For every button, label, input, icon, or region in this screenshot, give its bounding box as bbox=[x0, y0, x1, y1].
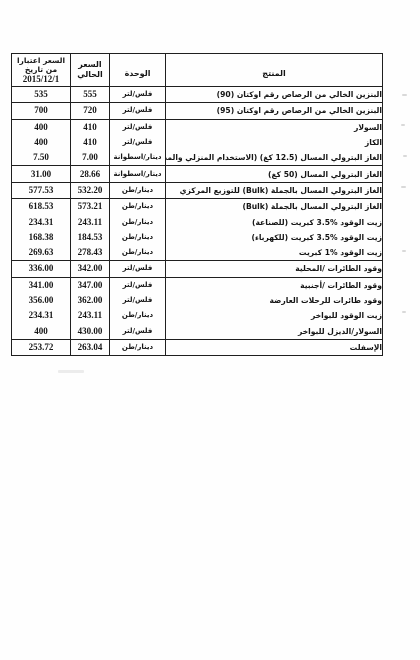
unit-cell: دينار/طن bbox=[110, 214, 166, 229]
unit-cell: فلس/لتر bbox=[110, 135, 166, 150]
table-row: الغاز البترولي المسال (50 كغ)دينار/اسطوا… bbox=[12, 166, 383, 182]
header-effective-line1: السعر اعتبارا bbox=[12, 56, 70, 65]
unit-cell: دينار/طن bbox=[110, 199, 166, 215]
effective-cell: 234.31 bbox=[12, 308, 71, 323]
header-current-line1: السعر bbox=[71, 60, 109, 70]
current-cell: 347.00 bbox=[71, 277, 110, 293]
current-cell: 573.21 bbox=[71, 199, 110, 215]
header-effective-date: 2015/12/1 bbox=[12, 74, 70, 84]
table-row: وقود طائرات للرحلات العارضةفلس/لتر362.00… bbox=[12, 293, 383, 308]
scan-artifact bbox=[401, 124, 405, 126]
scan-artifact bbox=[58, 370, 84, 373]
current-cell: 532.20 bbox=[71, 182, 110, 198]
scan-artifact bbox=[401, 186, 406, 188]
effective-cell: 7.50 bbox=[12, 150, 71, 166]
unit-cell: دينار/طن bbox=[110, 245, 166, 261]
unit-cell: دينار/اسطوانة bbox=[110, 150, 166, 166]
product-cell: وقود الطائرات /المحلية bbox=[166, 261, 383, 277]
product-cell: السولار bbox=[166, 119, 383, 135]
table-row: زيت الوقود %3.5 كبريت (للصناعة)دينار/طن2… bbox=[12, 214, 383, 229]
product-cell: وقود طائرات للرحلات العارضة bbox=[166, 293, 383, 308]
current-cell: 410 bbox=[71, 135, 110, 150]
product-cell: الكاز bbox=[166, 135, 383, 150]
table-row: الغاز البترولي المسال بالجملة (Bulk)دينا… bbox=[12, 199, 383, 215]
table-row: وقود الطائرات /المحليةفلس/لتر342.00336.0… bbox=[12, 261, 383, 277]
unit-cell: دينار/اسطوانة bbox=[110, 166, 166, 182]
unit-cell: فلس/لتر bbox=[110, 293, 166, 308]
current-cell: 410 bbox=[71, 119, 110, 135]
current-cell: 278.43 bbox=[71, 245, 110, 261]
effective-cell: 618.53 bbox=[12, 199, 71, 215]
current-cell: 263.04 bbox=[71, 339, 110, 355]
effective-cell: 234.31 bbox=[12, 214, 71, 229]
current-cell: 555 bbox=[71, 87, 110, 103]
header-unit-label: الوحدة bbox=[125, 69, 151, 78]
product-cell: زيت الوقود %1 كبريت bbox=[166, 245, 383, 261]
table-header: المنتج الوحدة السعر الحالي السعر اعتبارا… bbox=[12, 54, 383, 87]
current-cell: 184.53 bbox=[71, 230, 110, 245]
table-row: الكازفلس/لتر410400 bbox=[12, 135, 383, 150]
header-current-price: السعر الحالي bbox=[71, 54, 110, 87]
header-effective-line2: من تاريخ bbox=[12, 65, 70, 74]
table-row: البنزين الخالي من الرصاص رقم اوكتان (95)… bbox=[12, 103, 383, 119]
unit-cell: فلس/لتر bbox=[110, 261, 166, 277]
table-row: السولار/الديزل للبواخرفلس/لتر430.00400 bbox=[12, 323, 383, 339]
table-row: وقود الطائرات /أجنبيةفلس/لتر347.00341.00 bbox=[12, 277, 383, 293]
current-cell: 362.00 bbox=[71, 293, 110, 308]
product-cell: زيت الوقود %3.5 كبريت (للصناعة) bbox=[166, 214, 383, 229]
effective-cell: 577.53 bbox=[12, 182, 71, 198]
effective-cell: 253.72 bbox=[12, 339, 71, 355]
scan-artifact bbox=[402, 94, 407, 96]
unit-cell: دينار/طن bbox=[110, 182, 166, 198]
effective-cell: 700 bbox=[12, 103, 71, 119]
effective-cell: 336.00 bbox=[12, 261, 71, 277]
table-row: الغاز البترولي المسال (12.5 كغ) (الاستخد… bbox=[12, 150, 383, 166]
unit-cell: فلس/لتر bbox=[110, 277, 166, 293]
current-cell: 28.66 bbox=[71, 166, 110, 182]
table-row: زيت الوقود %3.5 كبريت (للكهرباء)دينار/طن… bbox=[12, 230, 383, 245]
effective-cell: 31.00 bbox=[12, 166, 71, 182]
table-row: السولارفلس/لتر410400 bbox=[12, 119, 383, 135]
product-cell: الإسفلت bbox=[166, 339, 383, 355]
product-cell: البنزين الخالي من الرصاص رقم اوكتان (95) bbox=[166, 103, 383, 119]
effective-cell: 535 bbox=[12, 87, 71, 103]
product-cell: زيت الوقود %3.5 كبريت (للكهرباء) bbox=[166, 230, 383, 245]
price-table-body: البنزين الخالي من الرصاص رقم اوكتان (90)… bbox=[12, 87, 383, 356]
scanned-page: المنتج الوحدة السعر الحالي السعر اعتبارا… bbox=[0, 0, 420, 660]
table-row: البنزين الخالي من الرصاص رقم اوكتان (90)… bbox=[12, 87, 383, 103]
product-cell: البنزين الخالي من الرصاص رقم اوكتان (90) bbox=[166, 87, 383, 103]
current-cell: 720 bbox=[71, 103, 110, 119]
fuel-price-table-container: المنتج الوحدة السعر الحالي السعر اعتبارا… bbox=[12, 53, 383, 356]
product-cell: السولار/الديزل للبواخر bbox=[166, 323, 383, 339]
scan-artifact bbox=[403, 155, 407, 157]
unit-cell: فلس/لتر bbox=[110, 87, 166, 103]
header-product-label: المنتج bbox=[262, 69, 285, 78]
unit-cell: فلس/لتر bbox=[110, 119, 166, 135]
current-cell: 7.00 bbox=[71, 150, 110, 166]
current-cell: 430.00 bbox=[71, 323, 110, 339]
fuel-price-table: المنتج الوحدة السعر الحالي السعر اعتبارا… bbox=[11, 53, 383, 356]
effective-cell: 400 bbox=[12, 135, 71, 150]
header-current-line2: الحالي bbox=[71, 70, 109, 80]
effective-cell: 400 bbox=[12, 323, 71, 339]
product-cell: زيت الوقود للبواخر bbox=[166, 308, 383, 323]
unit-cell: فلس/لتر bbox=[110, 103, 166, 119]
scan-artifact bbox=[402, 250, 406, 252]
product-cell: وقود الطائرات /أجنبية bbox=[166, 277, 383, 293]
header-effective-price: السعر اعتبارا من تاريخ 2015/12/1 bbox=[12, 54, 71, 87]
header-product: المنتج bbox=[166, 54, 383, 87]
effective-cell: 341.00 bbox=[12, 277, 71, 293]
table-row: الإسفلتدينار/طن263.04253.72 bbox=[12, 339, 383, 355]
unit-cell: دينار/طن bbox=[110, 230, 166, 245]
unit-cell: دينار/طن bbox=[110, 339, 166, 355]
effective-cell: 168.38 bbox=[12, 230, 71, 245]
table-row: زيت الوقود %1 كبريتدينار/طن278.43269.63 bbox=[12, 245, 383, 261]
product-cell: الغاز البترولي المسال بالجملة (Bulk) للت… bbox=[166, 182, 383, 198]
effective-cell: 356.00 bbox=[12, 293, 71, 308]
unit-cell: دينار/طن bbox=[110, 308, 166, 323]
header-unit: الوحدة bbox=[110, 54, 166, 87]
current-cell: 243.11 bbox=[71, 308, 110, 323]
current-cell: 243.11 bbox=[71, 214, 110, 229]
effective-cell: 269.63 bbox=[12, 245, 71, 261]
unit-cell: فلس/لتر bbox=[110, 323, 166, 339]
product-cell: الغاز البترولي المسال بالجملة (Bulk) bbox=[166, 199, 383, 215]
product-cell: الغاز البترولي المسال (12.5 كغ) (الاستخد… bbox=[166, 150, 383, 166]
scan-artifact bbox=[402, 311, 406, 313]
table-row: الغاز البترولي المسال بالجملة (Bulk) للت… bbox=[12, 182, 383, 198]
table-row: زيت الوقود للبواخردينار/طن243.11234.31 bbox=[12, 308, 383, 323]
effective-cell: 400 bbox=[12, 119, 71, 135]
current-cell: 342.00 bbox=[71, 261, 110, 277]
product-cell: الغاز البترولي المسال (50 كغ) bbox=[166, 166, 383, 182]
